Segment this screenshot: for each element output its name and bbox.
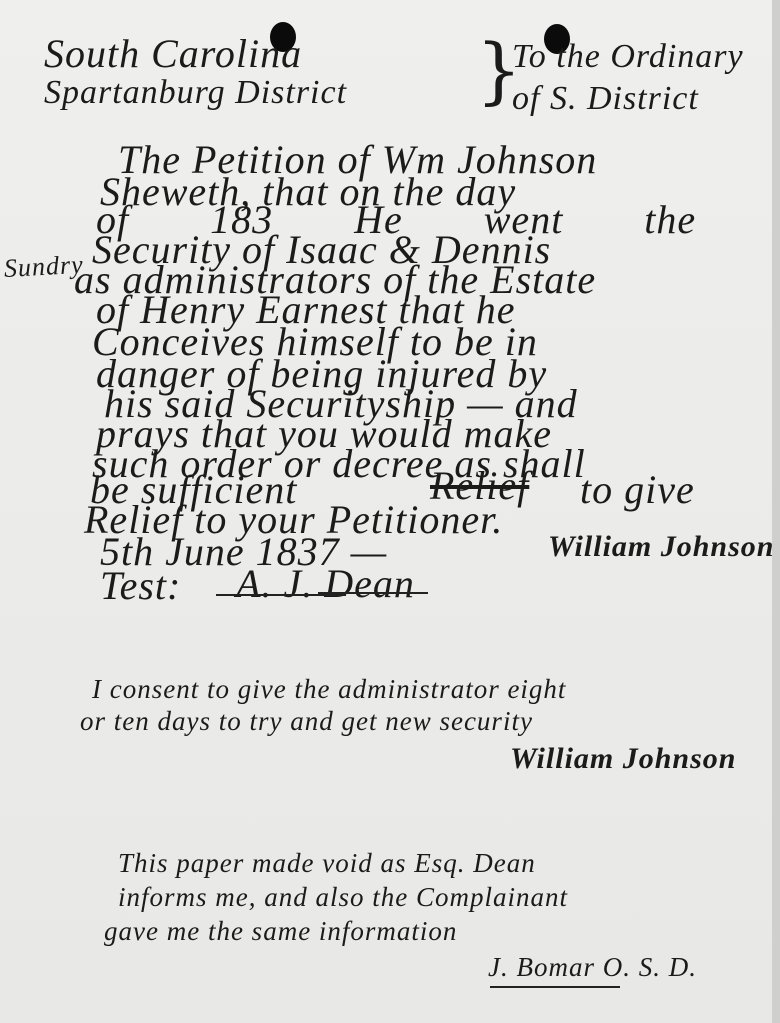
witness-underline <box>216 594 346 596</box>
header-addressee: To the Ordinary <box>512 38 744 76</box>
note-line-2: informs me, and also the Complainant <box>118 882 568 913</box>
header-district: Spartanburg District <box>44 74 347 112</box>
witness-underline-2 <box>318 592 428 594</box>
consent-line-1: I consent to give the administrator eigh… <box>92 674 566 705</box>
note-signature: J. Bomar O. S. D. <box>488 952 697 983</box>
note-line-1: This paper made void as Esq. Dean <box>118 848 536 879</box>
header-addressee-district: of S. District <box>512 80 699 118</box>
consent-signature: William Johnson <box>510 742 736 776</box>
petition-signature: William Johnson <box>548 530 774 564</box>
header-state: South Carolina <box>44 30 302 77</box>
witness-signature: A. J. Dean <box>236 560 415 607</box>
petition-line-12b: to give <box>580 466 695 513</box>
note-signature-underline <box>490 986 620 988</box>
margin-note: Sundry <box>3 250 84 284</box>
consent-line-2: or ten days to try and get new security <box>80 706 533 737</box>
note-line-3: gave me the same information <box>104 916 457 947</box>
document-page: South Carolina Spartanburg District } To… <box>0 0 780 1023</box>
test-label: Test: <box>100 562 181 609</box>
